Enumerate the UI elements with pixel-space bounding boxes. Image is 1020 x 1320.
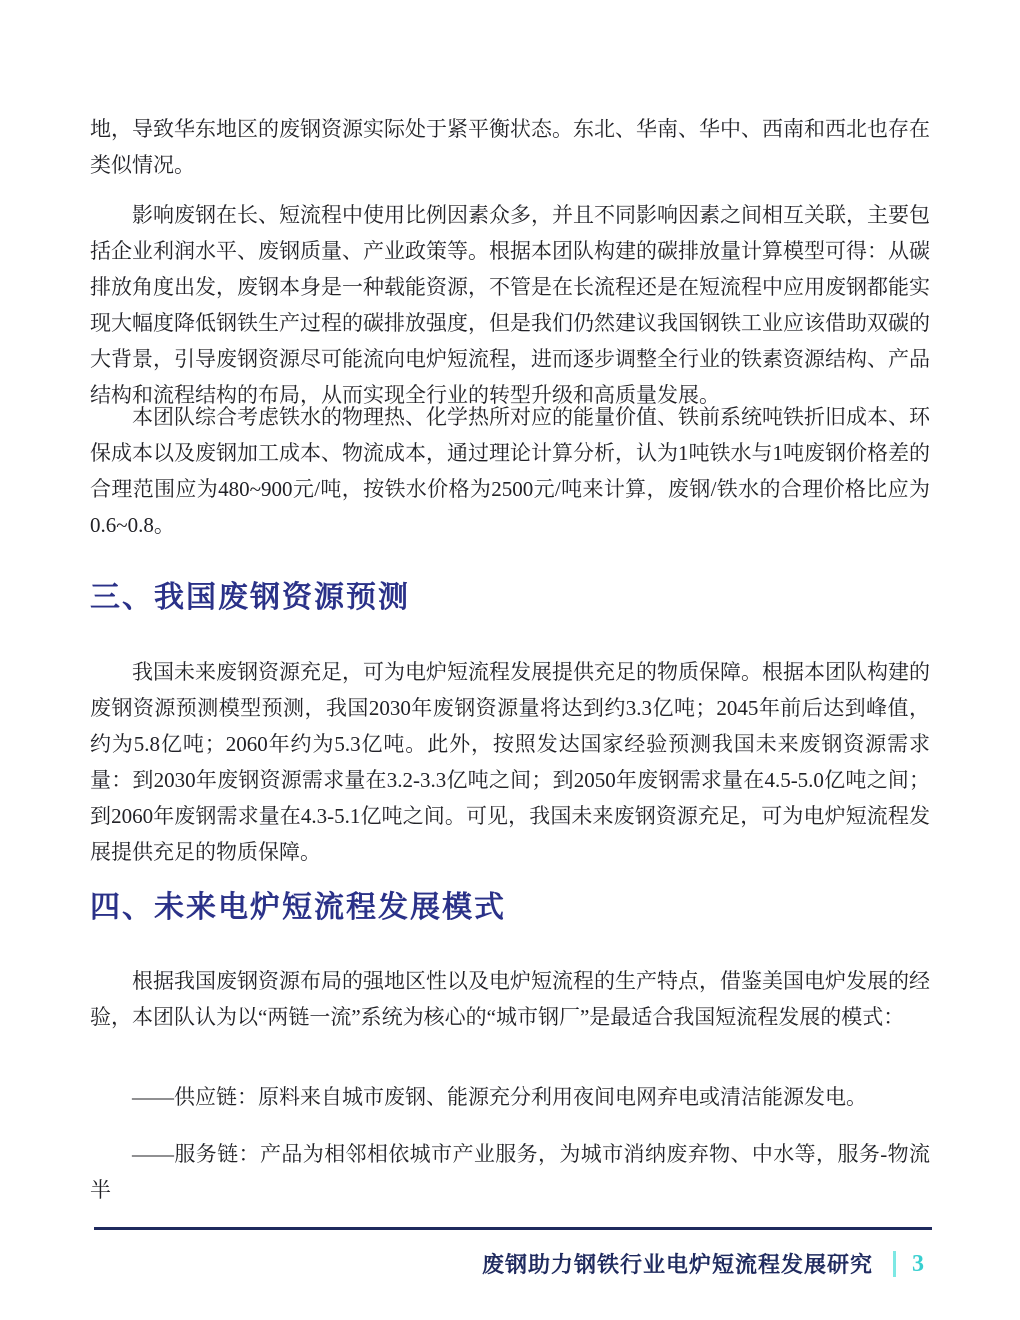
body-paragraph-city-steel-plant: 根据我国废钢资源布局的强地区性以及电炉短流程的生产特点，借鉴美国电炉发展的经验，… xyxy=(90,963,930,1035)
footer-divider-rule xyxy=(94,1227,932,1230)
list-item-supply-chain: ——供应链：原料来自城市废钢、能源充分利用夜间电网弃电或清洁能源发电。 xyxy=(90,1079,930,1115)
section-heading-eaf-development-mode: 四、未来电炉短流程发展模式 xyxy=(90,888,506,928)
footer: 废钢助力钢铁行业电炉短流程发展研究 3 xyxy=(482,1248,924,1279)
page-number: 3 xyxy=(912,1251,924,1277)
document-page: 地，导致华东地区的废钢资源实际处于紧平衡状态。东北、华南、华中、西南和西北也存在… xyxy=(0,0,1020,1320)
footer-separator-bar xyxy=(893,1251,896,1277)
body-paragraph-influence-factors: 影响废钢在长、短流程中使用比例因素众多，并且不同影响因素之间相互关联，主要包括企… xyxy=(90,197,930,413)
section-heading-scrap-forecast: 三、我国废钢资源预测 xyxy=(90,578,410,618)
list-item-service-chain: ——服务链：产品为相邻相依城市产业服务，为城市消纳废弃物、中水等，服务-物流半 xyxy=(90,1136,930,1208)
body-paragraph-price-ratio: 本团队综合考虑铁水的物理热、化学热所对应的能量价值、铁前系统吨铁折旧成本、环保成… xyxy=(90,399,930,543)
body-paragraph-continuation: 地，导致华东地区的废钢资源实际处于紧平衡状态。东北、华南、华中、西南和西北也存在… xyxy=(90,111,930,183)
footer-title: 废钢助力钢铁行业电炉短流程发展研究 xyxy=(482,1248,873,1279)
body-paragraph-resource-forecast: 我国未来废钢资源充足，可为电炉短流程发展提供充足的物质保障。根据本团队构建的废钢… xyxy=(90,654,930,870)
